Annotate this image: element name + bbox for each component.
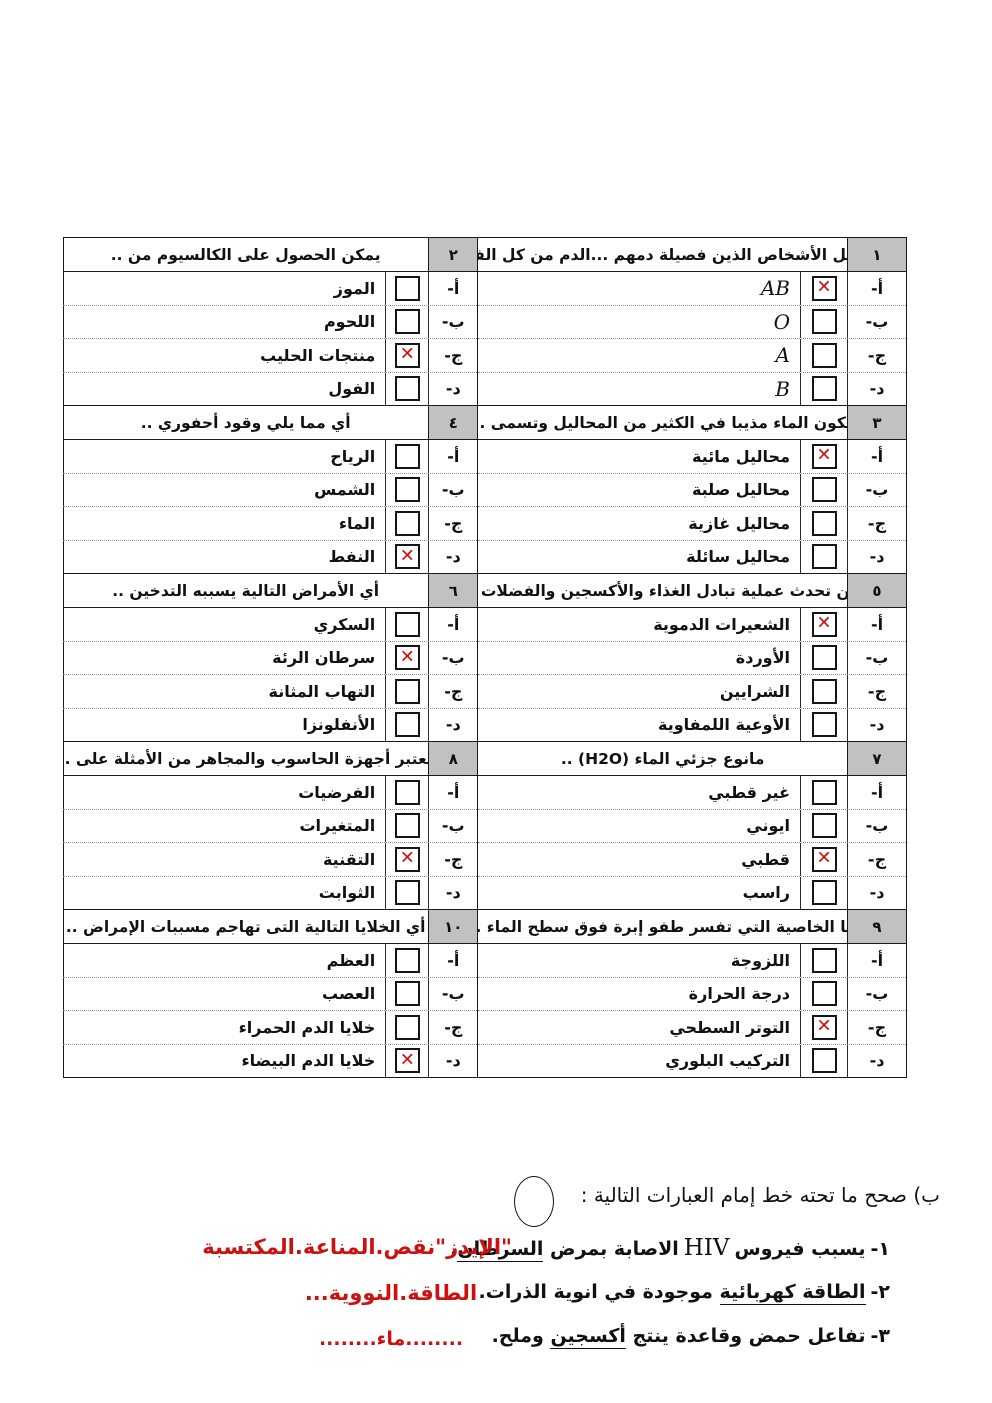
question-number: ٧: [847, 742, 906, 775]
answer-checkbox[interactable]: ✕: [395, 645, 420, 670]
option-row: د-الأنفلونزا: [63, 708, 477, 742]
answer-checkbox[interactable]: ✕: [812, 847, 837, 872]
x-mark-icon: ✕: [816, 447, 831, 465]
handwritten-answer: الطاقة.النووية...: [270, 1270, 512, 1316]
option-text: الفول: [63, 373, 385, 406]
checkbox-cell: [385, 507, 428, 540]
option-letter: أ-: [847, 440, 906, 473]
option-letter: أ-: [847, 272, 906, 305]
answer-checkbox[interactable]: [395, 780, 420, 805]
checkbox-cell: [800, 1045, 847, 1078]
checkbox-cell: ✕: [800, 843, 847, 876]
option-letter: ب-: [428, 474, 477, 507]
option-text: الرياح: [63, 440, 385, 473]
option-letter: ب-: [847, 978, 906, 1011]
exam-page: ١يستقبل الأشخاص الذين فصيلة دمهم ...الدم…: [0, 0, 992, 1403]
answer-checkbox[interactable]: [395, 948, 420, 973]
question-header: ٨تعتبر أجهزة الحاسوب والمجاهر من الأمثلة…: [63, 742, 477, 776]
checkbox-cell: [800, 339, 847, 372]
question-text: أي مما يلي وقود أحفوري ..: [63, 406, 428, 439]
checkbox-cell: [385, 1011, 428, 1044]
question-block-٩: ٩ما الخاصية التي تفسر طفو إبرة فوق سطح ا…: [478, 909, 906, 1077]
checkbox-cell: [385, 877, 428, 910]
option-letter: أ-: [428, 776, 477, 809]
answer-checkbox[interactable]: [812, 712, 837, 737]
option-text: المتغيرات: [63, 810, 385, 843]
question-block-٣: ٣يكون الماء مذيبا في الكثير من المحاليل …: [478, 405, 906, 573]
x-mark-icon: ✕: [816, 850, 831, 868]
question-block-٢: ٢يمكن الحصول على الكالسيوم من ..أ-الموزب…: [63, 238, 477, 405]
option-letter: د-: [428, 541, 477, 574]
answer-circle: [514, 1176, 554, 1227]
question-text: أي الخلايا التالية التى تهاجم مسببات الإ…: [63, 910, 428, 943]
answer-checkbox[interactable]: [395, 880, 420, 905]
statement-row: ١-يسبب فيروسHIVالاصابة بمرض السرطان.: [450, 1226, 890, 1270]
option-letter: د-: [428, 1045, 477, 1078]
option-row: ب-محاليل صلبة: [478, 473, 906, 507]
x-mark-icon: ✕: [400, 648, 415, 666]
option-text: AB: [478, 272, 800, 305]
option-text: اللحوم: [63, 306, 385, 339]
option-letter: ب-: [428, 306, 477, 339]
option-row: ج-A: [478, 338, 906, 372]
handwritten-answer: "الإيدز"نقص.المناعة.المكتسبة: [270, 1224, 512, 1270]
question-block-١: ١يستقبل الأشخاص الذين فصيلة دمهم ...الدم…: [478, 238, 906, 405]
checkbox-cell: [385, 810, 428, 843]
answer-checkbox[interactable]: ✕: [395, 847, 420, 872]
option-row: د-محاليل سائلة: [478, 540, 906, 574]
option-text: الشرايين: [478, 675, 800, 708]
option-text: الموز: [63, 272, 385, 305]
option-row: أ-العظم: [63, 944, 477, 977]
option-text: الأوعية اللمفاوية: [478, 709, 800, 742]
checkbox-cell: [800, 709, 847, 742]
answer-checkbox[interactable]: [812, 948, 837, 973]
option-text: خلايا الدم البيضاء: [63, 1045, 385, 1078]
checkbox-cell: [385, 474, 428, 507]
option-row: ج-✕قطبي: [478, 842, 906, 876]
option-row: د-الأوعية اللمفاوية: [478, 708, 906, 742]
option-letter: أ-: [428, 440, 477, 473]
option-text: B: [478, 373, 800, 406]
option-letter: د-: [847, 373, 906, 406]
x-mark-icon: ✕: [816, 615, 831, 633]
option-row: أ-✕محاليل مائية: [478, 440, 906, 473]
option-text: O: [478, 306, 800, 339]
checkbox-cell: [800, 978, 847, 1011]
statement-number: ٢-: [871, 1281, 891, 1303]
option-letter: د-: [428, 373, 477, 406]
option-letter: د-: [428, 709, 477, 742]
checkbox-cell: [385, 944, 428, 977]
answer-checkbox[interactable]: ✕: [395, 343, 420, 368]
question-header: ١٠أي الخلايا التالية التى تهاجم مسببات ا…: [63, 910, 477, 944]
option-letter: ب-: [428, 978, 477, 1011]
answer-checkbox[interactable]: [812, 679, 837, 704]
option-letter: ج-: [847, 1011, 906, 1044]
question-number: ٦: [428, 574, 477, 607]
question-text: مانوع جزئي الماء (H2O) ..: [478, 742, 847, 775]
option-text: راسب: [478, 877, 800, 910]
statement-text: الاصابة بمرض: [543, 1238, 678, 1260]
answer-checkbox[interactable]: [395, 679, 420, 704]
table-right-half: ١يستقبل الأشخاص الذين فصيلة دمهم ...الدم…: [477, 238, 906, 1077]
option-letter: ب-: [847, 810, 906, 843]
answer-checkbox[interactable]: [395, 981, 420, 1006]
option-letter: ج-: [847, 507, 906, 540]
option-text: الأنفلونزا: [63, 709, 385, 742]
answer-checkbox[interactable]: [395, 309, 420, 334]
option-letter: ب-: [847, 474, 906, 507]
option-letter: ج-: [428, 843, 477, 876]
option-letter: أ-: [428, 272, 477, 305]
option-row: ج-✕التقنية: [63, 842, 477, 876]
option-letter: أ-: [428, 944, 477, 977]
answer-checkbox[interactable]: [812, 981, 837, 1006]
question-block-٤: ٤أي مما يلي وقود أحفوري ..أ-الرياحب-الشم…: [63, 405, 477, 573]
statement-row: ٢-الطاقة كهربائية موجودة في انوية الذرات…: [450, 1270, 890, 1314]
option-letter: د-: [847, 877, 906, 910]
answer-checkbox[interactable]: [395, 276, 420, 301]
x-mark-icon: ✕: [816, 279, 831, 297]
option-text: درجة الحرارة: [478, 978, 800, 1011]
answer-checkbox[interactable]: ✕: [395, 1048, 420, 1073]
handwritten-answer: ........ماء........: [270, 1316, 512, 1362]
option-text: محاليل مائية: [478, 440, 800, 473]
answer-checkbox[interactable]: [812, 780, 837, 805]
answer-checkbox[interactable]: [812, 511, 837, 536]
question-header: ١يستقبل الأشخاص الذين فصيلة دمهم ...الدم…: [478, 238, 906, 272]
answer-checkbox[interactable]: ✕: [812, 612, 837, 637]
question-text: يمكن الحصول على الكالسيوم من ..: [63, 238, 428, 271]
question-header: ٣يكون الماء مذيبا في الكثير من المحاليل …: [478, 406, 906, 440]
option-row: ج-محاليل غازية: [478, 506, 906, 540]
answer-checkbox[interactable]: [812, 477, 837, 502]
checkbox-cell: [385, 978, 428, 1011]
option-row: ب-الشمس: [63, 473, 477, 507]
option-letter: أ-: [847, 776, 906, 809]
option-row: د-B: [478, 372, 906, 406]
handwritten-answers: "الإيدز"نقص.المناعة.المكتسبةالطاقة.النوو…: [270, 1224, 512, 1362]
answer-checkbox[interactable]: [395, 813, 420, 838]
checkbox-cell: [385, 440, 428, 473]
checkbox-cell: [800, 306, 847, 339]
question-text: أين تحدث عملية تبادل الغذاء والأكسجين وا…: [478, 574, 847, 607]
option-letter: ب-: [428, 810, 477, 843]
answer-checkbox[interactable]: [812, 376, 837, 401]
checkbox-cell: [800, 877, 847, 910]
question-text: أي الأمراض التالية يسببه التدخين ..: [63, 574, 428, 607]
option-row: أ-الموز: [63, 272, 477, 305]
answer-checkbox[interactable]: ✕: [812, 444, 837, 469]
checkbox-cell: [800, 507, 847, 540]
checkbox-cell: [800, 642, 847, 675]
statement-row: ٣-تفاعل حمض وقاعدة ينتج أكسجين وملح.: [450, 1314, 890, 1358]
option-text: التهاب المثانة: [63, 675, 385, 708]
quiz-table: ١يستقبل الأشخاص الذين فصيلة دمهم ...الدم…: [63, 237, 907, 1078]
question-block-١٠: ١٠أي الخلايا التالية التى تهاجم مسببات ا…: [63, 909, 477, 1077]
question-number: ٤: [428, 406, 477, 439]
option-row: د-الفول: [63, 372, 477, 406]
question-header: ٩ما الخاصية التي تفسر طفو إبرة فوق سطح ا…: [478, 910, 906, 944]
question-text: يكون الماء مذيبا في الكثير من المحاليل و…: [478, 406, 847, 439]
statement-text: موجودة في انوية الذرات.: [479, 1281, 720, 1303]
option-row: د-التركيب البلوري: [478, 1044, 906, 1078]
option-text: اللزوجة: [478, 944, 800, 977]
table-left-half: ٢يمكن الحصول على الكالسيوم من ..أ-الموزب…: [63, 238, 477, 1077]
option-letter: د-: [428, 877, 477, 910]
option-letter: ب-: [847, 642, 906, 675]
answer-checkbox[interactable]: [812, 813, 837, 838]
statements-list: ١-يسبب فيروسHIVالاصابة بمرض السرطان.٢-ال…: [450, 1226, 890, 1358]
question-number: ٥: [847, 574, 906, 607]
answer-checkbox[interactable]: [812, 1048, 837, 1073]
option-letter: د-: [847, 1045, 906, 1078]
question-block-٧: ٧مانوع جزئي الماء (H2O) ..أ-غير قطبيب-اي…: [478, 741, 906, 909]
option-text: محاليل صلبة: [478, 474, 800, 507]
statement-text: تفاعل حمض وقاعدة ينتج: [626, 1325, 866, 1347]
question-header: ٧مانوع جزئي الماء (H2O) ..: [478, 742, 906, 776]
option-row: ب-العصب: [63, 977, 477, 1011]
option-row: أ-الرياح: [63, 440, 477, 473]
checkbox-cell: [385, 306, 428, 339]
option-letter: أ-: [428, 608, 477, 641]
option-row: ب-درجة الحرارة: [478, 977, 906, 1011]
option-letter: أ-: [847, 608, 906, 641]
x-mark-icon: ✕: [816, 1018, 831, 1036]
option-letter: ج-: [847, 339, 906, 372]
option-row: د-الثوابت: [63, 876, 477, 910]
option-letter: ج-: [847, 843, 906, 876]
x-mark-icon: ✕: [400, 1051, 415, 1069]
x-mark-icon: ✕: [400, 850, 415, 868]
question-header: ٦أي الأمراض التالية يسببه التدخين ..: [63, 574, 477, 608]
statement-number: ٣-: [871, 1325, 891, 1347]
option-row: ب-المتغيرات: [63, 809, 477, 843]
answer-checkbox[interactable]: [395, 1015, 420, 1040]
question-text: تعتبر أجهزة الحاسوب والمجاهر من الأمثلة …: [63, 742, 428, 775]
x-mark-icon: ✕: [400, 346, 415, 364]
option-row: ب-اللحوم: [63, 305, 477, 339]
option-text: العصب: [63, 978, 385, 1011]
answer-checkbox[interactable]: ✕: [812, 1015, 837, 1040]
checkbox-cell: ✕: [800, 440, 847, 473]
option-row: ج-خلايا الدم الحمراء: [63, 1010, 477, 1044]
latin-term: HIV: [684, 1235, 730, 1261]
checkbox-cell: [385, 608, 428, 641]
option-letter: ج-: [428, 1011, 477, 1044]
option-text: التركيب البلوري: [478, 1045, 800, 1078]
option-text: قطبي: [478, 843, 800, 876]
question-header: ٥أين تحدث عملية تبادل الغذاء والأكسجين و…: [478, 574, 906, 608]
checkbox-cell: [800, 810, 847, 843]
question-header: ٢يمكن الحصول على الكالسيوم من ..: [63, 238, 477, 272]
option-letter: أ-: [847, 944, 906, 977]
option-row: أ-✕الشعيرات الدموية: [478, 608, 906, 641]
option-letter: د-: [847, 541, 906, 574]
question-number: ٢: [428, 238, 477, 271]
checkbox-cell: [800, 373, 847, 406]
option-row: ب-الأوردة: [478, 641, 906, 675]
option-text: التقنية: [63, 843, 385, 876]
option-text: الماء: [63, 507, 385, 540]
option-row: ج-التهاب المثانة: [63, 674, 477, 708]
statement-text: يسبب فيروس: [735, 1238, 866, 1260]
option-letter: ج-: [428, 675, 477, 708]
answer-checkbox[interactable]: [812, 880, 837, 905]
checkbox-cell: ✕: [800, 272, 847, 305]
option-letter: د-: [847, 709, 906, 742]
option-row: ج-الماء: [63, 506, 477, 540]
x-mark-icon: ✕: [400, 547, 415, 565]
question-text: يستقبل الأشخاص الذين فصيلة دمهم ...الدم …: [478, 238, 847, 271]
answer-checkbox[interactable]: [395, 444, 420, 469]
option-letter: ج-: [428, 339, 477, 372]
option-letter: ج-: [847, 675, 906, 708]
option-text: الأوردة: [478, 642, 800, 675]
option-text: السكري: [63, 608, 385, 641]
option-text: خلايا الدم الحمراء: [63, 1011, 385, 1044]
option-row: د-راسب: [478, 876, 906, 910]
option-row: أ-✕AB: [478, 272, 906, 305]
option-letter: ب-: [847, 306, 906, 339]
option-row: ب-ايوني: [478, 809, 906, 843]
option-text: A: [478, 339, 800, 372]
checkbox-cell: [800, 541, 847, 574]
checkbox-cell: [385, 709, 428, 742]
option-row: ج-✕التوتر السطحي: [478, 1010, 906, 1044]
option-text: منتجات الحليب: [63, 339, 385, 372]
question-block-٦: ٦أي الأمراض التالية يسببه التدخين ..أ-ال…: [63, 573, 477, 741]
option-letter: ب-: [428, 642, 477, 675]
option-text: سرطان الرئة: [63, 642, 385, 675]
checkbox-cell: ✕: [385, 541, 428, 574]
question-text: ما الخاصية التي تفسر طفو إبرة فوق سطح ال…: [478, 910, 847, 943]
checkbox-cell: ✕: [800, 608, 847, 641]
checkbox-cell: ✕: [385, 642, 428, 675]
option-text: الفرضيات: [63, 776, 385, 809]
checkbox-cell: ✕: [385, 1045, 428, 1078]
underlined-term: الطاقة كهربائية: [720, 1281, 866, 1305]
option-row: ج-✕منتجات الحليب: [63, 338, 477, 372]
option-row: د-✕خلايا الدم البيضاء: [63, 1044, 477, 1078]
checkbox-cell: [385, 272, 428, 305]
answer-checkbox[interactable]: [812, 645, 837, 670]
question-number: ٣: [847, 406, 906, 439]
checkbox-cell: [385, 675, 428, 708]
question-header: ٤أي مما يلي وقود أحفوري ..: [63, 406, 477, 440]
option-text: الثوابت: [63, 877, 385, 910]
answer-checkbox[interactable]: [395, 376, 420, 401]
answer-checkbox[interactable]: [812, 544, 837, 569]
checkbox-cell: [800, 474, 847, 507]
question-number: ١٠: [428, 910, 477, 943]
option-row: ج-الشرايين: [478, 674, 906, 708]
option-text: الشمس: [63, 474, 385, 507]
option-text: ايوني: [478, 810, 800, 843]
section-b-title: ب) صحح ما تحته خط إمام العبارات التالية …: [581, 1183, 940, 1207]
answer-checkbox[interactable]: [395, 612, 420, 637]
question-number: ٩: [847, 910, 906, 943]
option-text: التوتر السطحي: [478, 1011, 800, 1044]
option-text: محاليل غازية: [478, 507, 800, 540]
question-number: ١: [847, 238, 906, 271]
answer-checkbox[interactable]: ✕: [812, 276, 837, 301]
option-row: ب-O: [478, 305, 906, 339]
option-text: النفط: [63, 541, 385, 574]
answer-checkbox[interactable]: ✕: [395, 544, 420, 569]
question-block-٥: ٥أين تحدث عملية تبادل الغذاء والأكسجين و…: [478, 573, 906, 741]
checkbox-cell: ✕: [800, 1011, 847, 1044]
checkbox-cell: [385, 776, 428, 809]
option-text: الشعيرات الدموية: [478, 608, 800, 641]
option-row: أ-السكري: [63, 608, 477, 641]
option-letter: ج-: [428, 507, 477, 540]
option-row: د-✕النفط: [63, 540, 477, 574]
statement-number: ١-: [871, 1238, 891, 1260]
option-row: أ-غير قطبي: [478, 776, 906, 809]
option-row: أ-الفرضيات: [63, 776, 477, 809]
option-text: غير قطبي: [478, 776, 800, 809]
option-text: العظم: [63, 944, 385, 977]
answer-checkbox[interactable]: [812, 343, 837, 368]
checkbox-cell: [800, 944, 847, 977]
answer-checkbox[interactable]: [395, 712, 420, 737]
option-text: محاليل سائلة: [478, 541, 800, 574]
checkbox-cell: [385, 373, 428, 406]
option-row: ب-✕سرطان الرئة: [63, 641, 477, 675]
checkbox-cell: ✕: [385, 339, 428, 372]
answer-checkbox[interactable]: [812, 309, 837, 334]
option-row: أ-اللزوجة: [478, 944, 906, 977]
checkbox-cell: [800, 675, 847, 708]
question-number: ٨: [428, 742, 477, 775]
checkbox-cell: [800, 776, 847, 809]
answer-checkbox[interactable]: [395, 477, 420, 502]
question-block-٨: ٨تعتبر أجهزة الحاسوب والمجاهر من الأمثلة…: [63, 741, 477, 909]
answer-checkbox[interactable]: [395, 511, 420, 536]
underlined-term: أكسجين: [550, 1325, 625, 1349]
checkbox-cell: ✕: [385, 843, 428, 876]
